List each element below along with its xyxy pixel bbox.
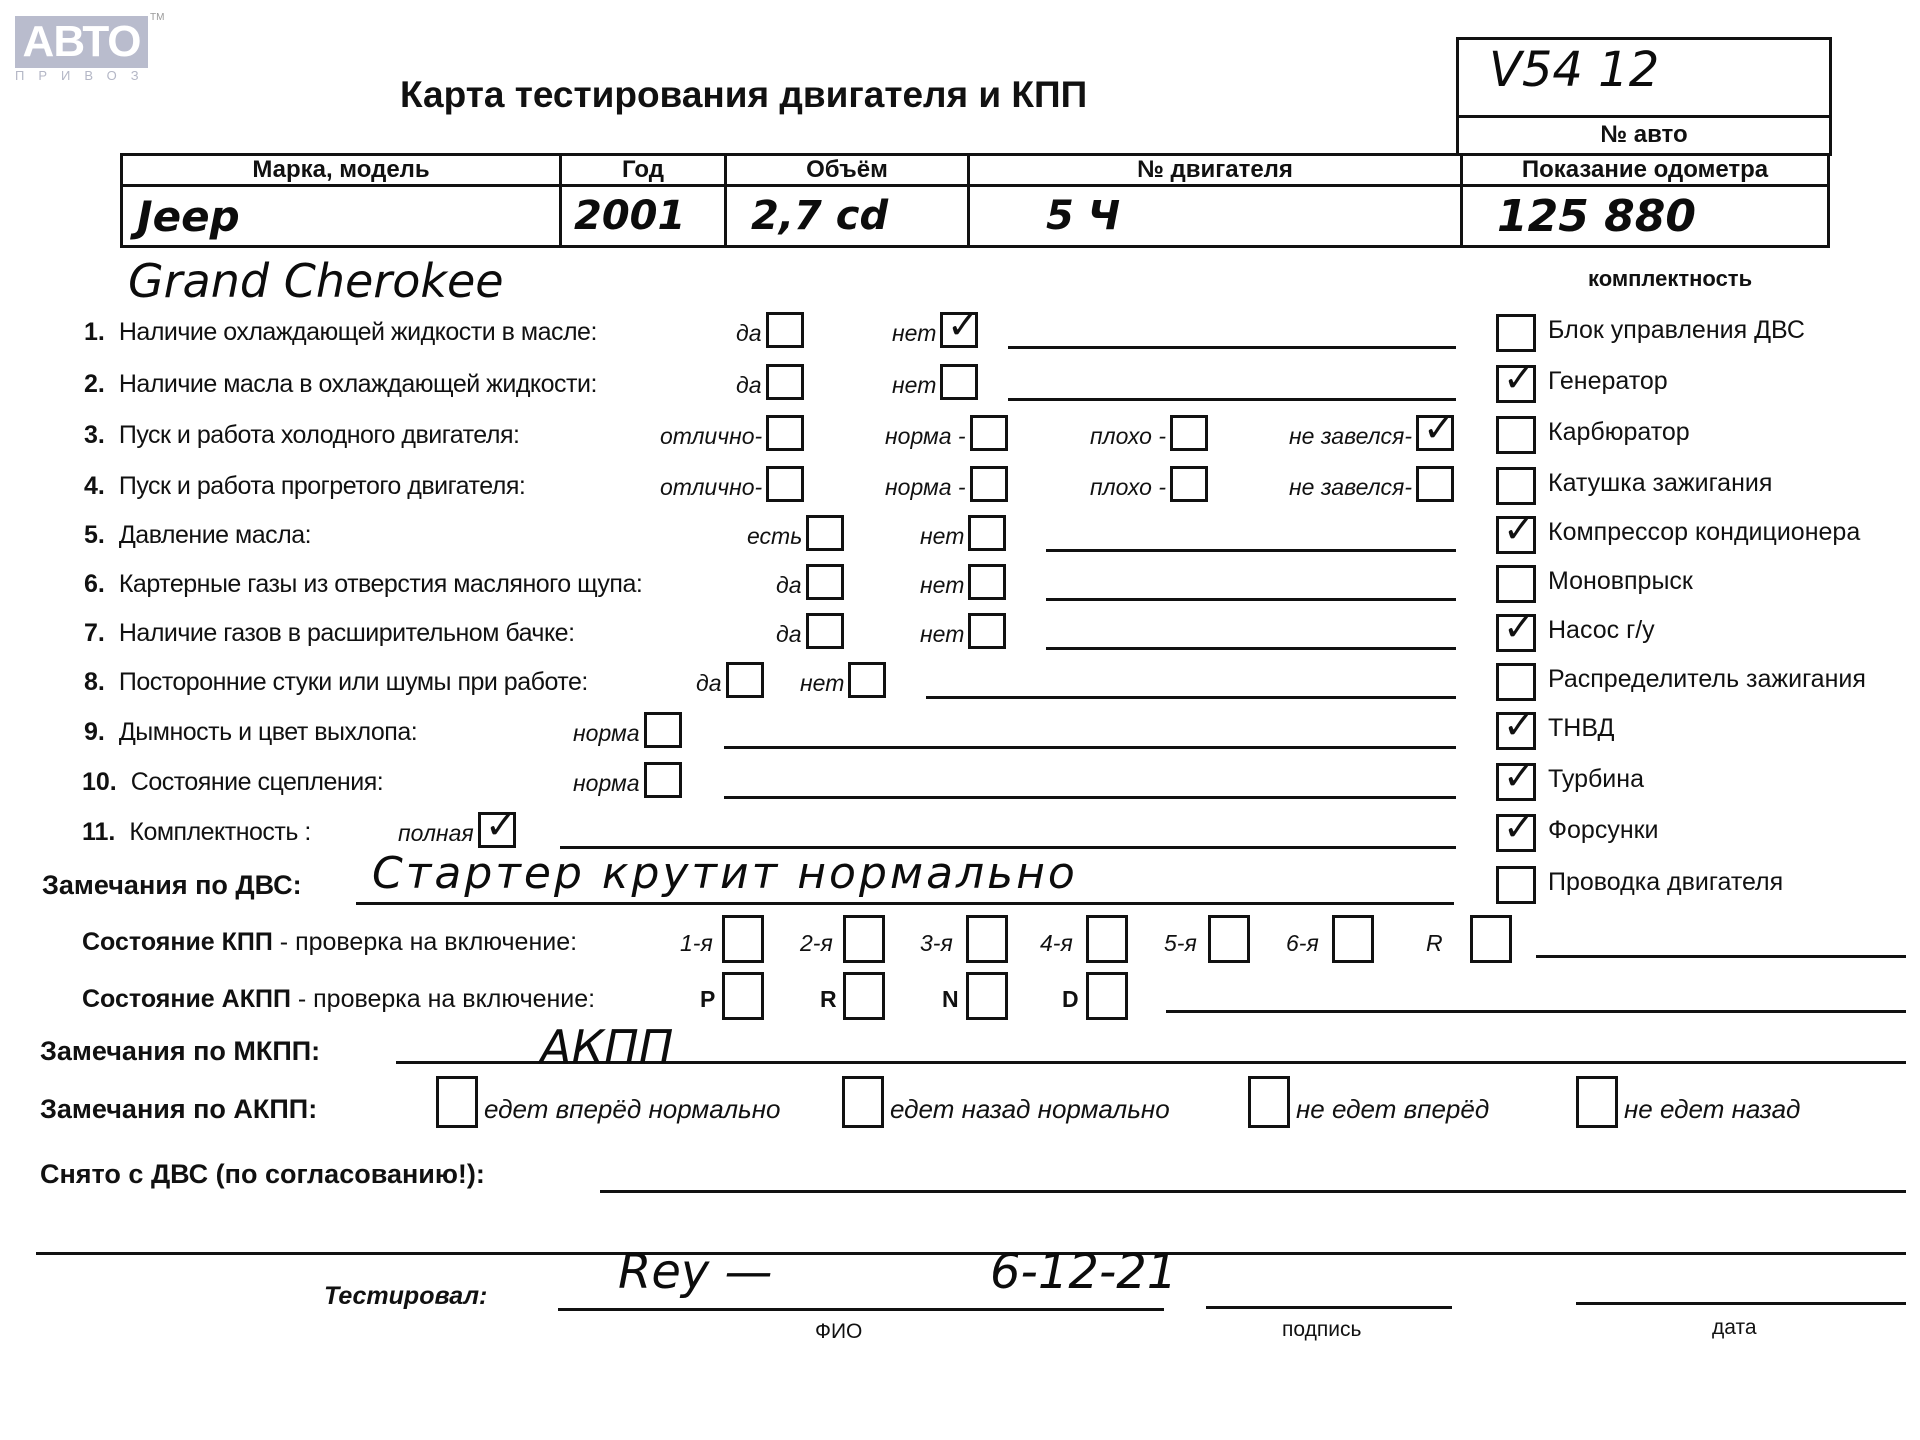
question-text: Комплектность : [129,818,310,846]
question-1-label: 1.Наличие охлаждающей жидкости в масле: [84,318,597,347]
question-1-option-checkbox[interactable] [766,312,804,348]
completeness-checkbox[interactable] [1496,314,1536,352]
manual-remarks-field[interactable]: АКПП [540,1020,673,1074]
option-label: есть [747,523,802,550]
gear-checkbox[interactable] [1208,915,1250,963]
auto-gearbox-label-rest: - проверка на включение: [291,985,595,1013]
manual-gearbox-label: Состояние КПП - проверка на включение: [82,928,577,957]
question-4-option-checkbox[interactable] [766,466,804,502]
question-5-notes-line[interactable] [1046,549,1456,552]
auto-remark-label: не едет назад [1624,1094,1800,1125]
gear-checkbox[interactable] [843,915,885,963]
question-number: 11. [82,818,115,846]
make-model-field[interactable]: Jeep [122,186,561,247]
question-text: Давление масла: [119,521,311,549]
manual-remarks-label: Замечания по МКПП: [40,1036,320,1067]
question-6-option-checkbox[interactable] [806,564,844,600]
manual-gearbox-label-bold: Состояние КПП [82,928,273,956]
col-header-make-model: Марка, модель [122,155,561,186]
question-text: Пуск и работа холодного двигателя: [119,421,520,449]
date-line [1576,1302,1906,1305]
completeness-checkbox[interactable] [1496,416,1536,454]
position-label: N [942,986,959,1013]
question-number: 4. [84,472,105,500]
position-checkbox[interactable] [843,972,885,1020]
question-4-option-checkbox[interactable] [1170,466,1208,502]
question-7-option-checkbox[interactable] [806,613,844,649]
position-label: R [820,986,837,1013]
auto-remarks-label: Замечания по АКПП: [40,1094,317,1125]
completeness-checkbox[interactable] [1496,814,1536,852]
position-checkbox[interactable] [966,972,1008,1020]
question-2-notes-line[interactable] [1008,398,1456,401]
car-number-label: № авто [1456,115,1832,156]
question-2-label: 2.Наличие масла в охлаждающей жидкости: [84,370,597,399]
question-10-notes-line[interactable] [724,796,1456,799]
removed-label: Снято с ДВС (по согласованию!): [40,1159,485,1190]
question-3-label: 3.Пуск и работа холодного двигателя: [84,421,519,450]
gear-checkbox[interactable] [966,915,1008,963]
question-number: 6. [84,570,105,598]
position-checkbox[interactable] [1086,972,1128,1020]
auto-remark-checkbox[interactable] [1248,1076,1290,1128]
question-6-label: 6.Картерные газы из отверстия масляного … [84,570,642,599]
auto-remark-checkbox[interactable] [1576,1076,1618,1128]
completeness-checkbox[interactable] [1496,866,1536,904]
gear-label: 3-я [920,930,953,957]
vehicle-info-table: Марка, модель Год Объём № двигателя Пока… [120,153,1830,248]
question-number: 3. [84,421,105,449]
completeness-checkbox[interactable] [1496,467,1536,505]
question-8-notes-line[interactable] [926,696,1456,699]
completeness-item-label: Проводка двигателя [1548,868,1783,897]
question-text: Пуск и работа прогретого двигателя: [119,472,526,500]
position-checkbox[interactable] [722,972,764,1020]
option-label: нет [800,670,844,697]
completeness-checkbox[interactable] [1496,763,1536,801]
year-value: 2001 [562,193,685,239]
completeness-item-label: Моновпрыск [1548,567,1693,596]
option-label: не завелся- [1289,423,1412,450]
completeness-item-label: Турбина [1548,765,1644,794]
question-3-option-checkbox[interactable] [970,415,1008,451]
name-caption: ФИО [815,1320,862,1344]
completeness-item-label: ТНВД [1548,714,1614,743]
gear-label: R [1426,930,1443,957]
option-label: норма - [885,474,966,501]
question-6-notes-line[interactable] [1046,598,1456,601]
tester-name-field[interactable]: Rey — [618,1244,773,1300]
question-number: 5. [84,521,105,549]
gear-checkbox[interactable] [1086,915,1128,963]
gear-label: 2-я [800,930,833,957]
car-number-value[interactable]: V54 12 [1489,42,1829,98]
question-7-option-checkbox[interactable] [968,613,1006,649]
manual-gearbox-label-rest: - проверка на включение: [273,928,577,956]
option-label: да [776,621,802,648]
option-label: норма [573,770,640,797]
completeness-item-label: Генератор [1548,367,1668,396]
engine-number-field[interactable]: 5 Ч [969,186,1462,247]
question-11-option-checkbox[interactable] [478,812,516,848]
auto-gearbox-line [1166,1010,1906,1013]
odometer-field[interactable]: 125 880 [1462,186,1829,247]
question-number: 10. [82,768,117,796]
completeness-checkbox[interactable] [1496,663,1536,701]
auto-remark-label: не едет вперёд [1296,1094,1489,1125]
completeness-checkbox[interactable] [1496,565,1536,603]
signature-caption: подпись [1282,1318,1361,1342]
question-8-option-checkbox[interactable] [726,662,764,698]
engine-remarks-field[interactable]: Стартер крутит нормально [372,848,1078,899]
auto-remark-label: едет вперёд нормально [484,1094,780,1125]
option-label: плохо - [1090,423,1166,450]
question-text: Состояние сцепления: [131,768,383,796]
option-label: нет [892,320,936,347]
question-9-label: 9.Дымность и цвет выхлопа: [84,718,417,747]
position-label: P [700,986,715,1013]
completeness-checkbox[interactable] [1496,365,1536,403]
signature-line [1206,1306,1452,1309]
question-4-label: 4.Пуск и работа прогретого двигателя: [84,472,525,501]
question-10-label: 10.Состояние сцепления: [82,768,383,797]
question-text: Наличие охлаждающей жидкости в масле: [119,318,597,346]
question-text: Дымность и цвет выхлопа: [119,718,417,746]
question-11-label: 11.Комплектность : [82,818,311,847]
name-line [558,1308,1164,1311]
auto-remark-label: едет назад нормально [890,1094,1170,1125]
question-5-option-checkbox[interactable] [806,515,844,551]
completeness-checkbox[interactable] [1496,614,1536,652]
gear-checkbox[interactable] [722,915,764,963]
option-label: полная [398,820,474,847]
test-date-handwritten[interactable]: 6-12-21 [990,1244,1177,1300]
completeness-title: комплектность [1588,266,1752,292]
make-model-value: Jeep [123,192,240,241]
gear-label: 6-я [1286,930,1319,957]
question-7-label: 7.Наличие газов в расширительном бачке: [84,619,575,648]
completeness-item-label: Форсунки [1548,816,1659,845]
question-text: Наличие масла в охлаждающей жидкости: [119,370,597,398]
option-label: да [696,670,722,697]
question-3-option-checkbox[interactable] [1416,415,1454,451]
question-number: 2. [84,370,105,398]
page-title: Карта тестирования двигателя и КПП [400,74,1087,116]
auto-remark-checkbox[interactable] [842,1076,884,1128]
question-text: Картерные газы из отверстия масляного щу… [119,570,642,598]
engine-remarks-line [356,902,1454,905]
completeness-item-label: Компрессор кондиционера [1548,518,1860,547]
gear-label: 5-я [1164,930,1197,957]
option-label: нет [892,372,936,399]
question-3-option-checkbox[interactable] [766,415,804,451]
question-number: 7. [84,619,105,647]
question-9-notes-line[interactable] [724,746,1456,749]
auto-remark-checkbox[interactable] [436,1076,478,1128]
completeness-checkbox[interactable] [1496,516,1536,554]
year-field[interactable]: 2001 [561,186,726,247]
gear-label: 1-я [680,930,713,957]
gear-checkbox[interactable] [1470,915,1512,963]
question-3-option-checkbox[interactable] [1170,415,1208,451]
question-6-option-checkbox[interactable] [968,564,1006,600]
question-7-notes-line[interactable] [1046,647,1456,650]
model-extra-value: Grand Cherokee [128,254,504,308]
col-header-odometer: Показание одометра [1462,155,1829,186]
option-label: не завелся- [1289,474,1412,501]
question-number: 8. [84,668,105,696]
col-header-year: Год [561,155,726,186]
question-number: 1. [84,318,105,346]
volume-value: 2,7 cd [727,193,888,239]
option-label: да [736,372,762,399]
question-2-option-checkbox[interactable] [766,364,804,400]
option-label: плохо - [1090,474,1166,501]
date-caption: дата [1712,1316,1757,1340]
question-8-label: 8.Посторонние стуки или шумы при работе: [84,668,588,697]
question-5-label: 5.Давление масла: [84,521,311,550]
tested-by-label: Тестировал: [324,1282,487,1311]
gear-label: 4-я [1040,930,1073,957]
completeness-item-label: Катушка зажигания [1548,469,1772,498]
logo-subtitle: ПРИВОЗ [15,68,153,83]
option-label: да [736,320,762,347]
odometer-value: 125 880 [1463,191,1696,242]
option-label: нет [920,523,964,550]
completeness-checkbox[interactable] [1496,712,1536,750]
gear-checkbox[interactable] [1332,915,1374,963]
option-label: нет [920,572,964,599]
question-9-option-checkbox[interactable] [644,712,682,748]
question-4-option-checkbox[interactable] [1416,466,1454,502]
auto-gearbox-label-bold: Состояние АКПП [82,985,291,1013]
auto-gearbox-label: Состояние АКПП - проверка на включение: [82,985,595,1014]
question-4-option-checkbox[interactable] [970,466,1008,502]
completeness-item-label: Блок управления ДВС [1548,316,1805,345]
question-10-option-checkbox[interactable] [644,762,682,798]
col-header-engine-number: № двигателя [969,155,1462,186]
position-label: D [1062,986,1079,1013]
question-1-option-checkbox[interactable] [940,312,978,348]
completeness-item-label: Распределитель зажигания [1548,665,1866,694]
question-text: Посторонние стуки или шумы при работе: [119,668,588,696]
completeness-item-label: Насос г/у [1548,616,1655,645]
question-text: Наличие газов в расширительном бачке: [119,619,575,647]
car-number-box: V54 12 [1456,37,1832,118]
question-number: 9. [84,718,105,746]
option-label: отлично- [660,423,762,450]
trademark-mark: TM [150,12,164,23]
engine-number-value: 5 Ч [970,193,1120,239]
separator-line [36,1252,1906,1255]
engine-remarks-label: Замечания по ДВС: [42,870,302,901]
question-1-notes-line[interactable] [1008,346,1456,349]
option-label: нет [920,621,964,648]
question-5-option-checkbox[interactable] [968,515,1006,551]
avtoprivoz-logo: АВТО [15,16,148,68]
col-header-volume: Объём [726,155,969,186]
removed-line[interactable] [600,1190,1906,1193]
option-label: норма - [885,423,966,450]
completeness-item-label: Карбюратор [1548,418,1690,447]
question-8-option-checkbox[interactable] [848,662,886,698]
option-label: норма [573,720,640,747]
option-label: отлично- [660,474,762,501]
volume-field[interactable]: 2,7 cd [726,186,969,247]
option-label: да [776,572,802,599]
question-2-option-checkbox[interactable] [940,364,978,400]
manual-gearbox-line [1536,955,1906,958]
